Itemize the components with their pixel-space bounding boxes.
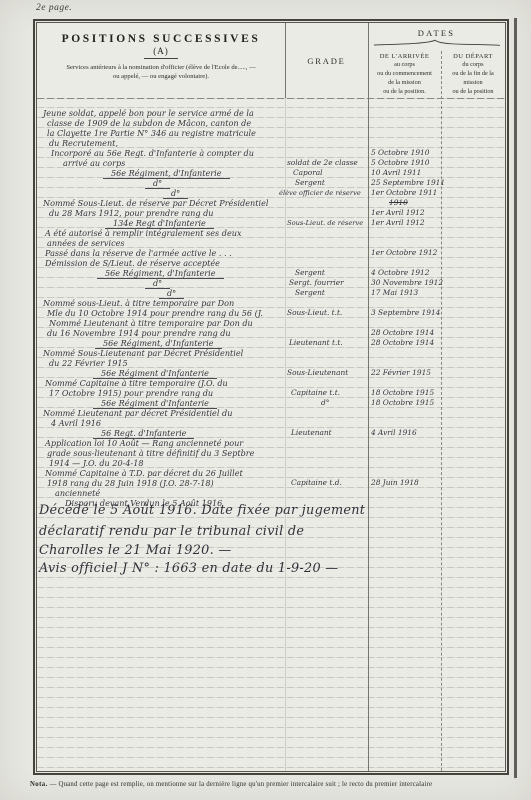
handwritten-line: 18 Octobre 1915	[371, 398, 434, 408]
service-record-table: POSITIONS SUCCESSIVES (A) Services antér…	[36, 22, 506, 772]
handwritten-line: 4 Octobre 1912	[371, 268, 429, 278]
footer-note-text: — Quand cette page est remplie, on menti…	[50, 781, 433, 788]
arrival-line: ou du commencement	[368, 70, 441, 79]
header-dates-columns: DATES DE L'ARRIVÉE au corps ou du commen…	[368, 23, 505, 98]
handwritten-line: 28 Octobre 1914	[371, 328, 434, 338]
handwritten-line: Nommé Lieutenant par décret Présidentiel…	[43, 408, 232, 418]
page-number-label: 2e page.	[36, 3, 72, 13]
handwritten-line: Lieutenant t.t.	[289, 338, 343, 348]
handwritten-line: ancienneté	[55, 488, 100, 498]
handwritten-line: Sous-Lieutenant	[287, 368, 348, 378]
footer-note-label: Nota.	[30, 781, 48, 788]
handwritten-line: Nommé Capitaine à titre temporaire (J.O.…	[45, 378, 228, 388]
arrival-title: DE L'ARRIVÉE	[368, 52, 441, 61]
handwritten-line: Nommé Sous-Lieutenant par Décret Préside…	[43, 348, 243, 358]
handwritten-line: Nommé sous-Lieut. à titre temporaire par…	[43, 298, 234, 308]
handwritten-line: 18 Octobre 1915	[371, 388, 434, 398]
handwritten-line: Nommé Sous-Lieut. de réserve par Décret …	[43, 198, 269, 208]
header-services-note: Services antérieurs à la nomination d'of…	[37, 63, 285, 81]
header-dates-title: DATES	[368, 28, 505, 38]
handwritten-line: 1er Avril 1912	[371, 208, 425, 218]
handwritten-line: 5 Octobre 1910	[371, 158, 429, 168]
handwritten-line: 28 Juin 1918	[371, 478, 419, 488]
handwritten-line: Passé dans la réserve de l'armée active …	[45, 248, 232, 258]
handwritten-line: du 22 Février 1915	[49, 358, 128, 368]
handwritten-line: 4 Avril 1916	[371, 428, 417, 438]
handwritten-line: 1er Octobre 1912	[371, 248, 437, 258]
departure-line: du corps	[441, 61, 505, 70]
handwritten-line: 10 Avril 1911	[371, 168, 421, 178]
handwritten-line: Sergt. fourrier	[289, 278, 344, 288]
dates-brace-line	[372, 39, 502, 46]
handwritten-line: Application loi 10 Août — Rang anciennet…	[45, 438, 243, 448]
header-grade-column: GRADE	[285, 23, 368, 98]
handwritten-line: 17 Octobre 1915) pour prendre rang du	[49, 388, 213, 398]
handwritten-line: 28 Octobre 1914	[371, 338, 434, 348]
handwritten-line: 30 Novembre 1912	[371, 278, 443, 288]
services-note-line2: ou appelé, — ou engagé volontaire).	[113, 73, 209, 80]
handwritten-line: 1er Avril 1912	[371, 218, 425, 228]
handwritten-line: A été autorisé à remplir intégralement s…	[45, 228, 242, 238]
handwritten-line: Capitaine t.d.	[291, 478, 342, 488]
scanned-military-record-page: 2e page. POSITIONS SUCCESSIVES (A) Servi…	[0, 0, 531, 800]
handwritten-line: la Clayette 1re Partie N° 346 au registr…	[47, 128, 256, 138]
handwritten-line: du Recrutement,	[49, 138, 118, 148]
handwritten-line: Lieutenant	[291, 428, 332, 438]
header-divider-rule	[144, 58, 178, 59]
handwritten-line: 17 Mai 1913	[371, 288, 418, 298]
handwritten-line: arrivé au corps	[63, 158, 125, 168]
handwritten-line: d°	[321, 398, 329, 408]
departure-line: ou de la position	[441, 88, 505, 97]
departure-line: mission	[441, 79, 505, 88]
handwritten-line: 4 Avril 1916	[51, 418, 101, 428]
arrival-line: au corps	[368, 61, 441, 70]
handwritten-line: déclaratif rendu par le tribunal civil d…	[39, 524, 304, 539]
handwritten-line: Décédé le 5 Août 1916. Date fixée par ju…	[39, 503, 365, 518]
handwritten-line: Charolles le 21 Mai 1920. —	[39, 543, 231, 558]
handwritten-line: Mle du 10 Octobre 1914 pour prendre rang…	[47, 308, 263, 318]
departure-title: DU DÉPART	[441, 52, 505, 61]
handwritten-line: Démission de S/Lieut. de réserve accepté…	[45, 258, 220, 268]
handwritten-line: élève officier de réserve	[279, 188, 361, 198]
handwritten-line: Incorporé au 56e Regt. d'Infanterie à co…	[51, 148, 254, 158]
handwritten-line: 5 Octobre 1910	[371, 148, 429, 158]
services-note-line1: Services antérieurs à la nomination d'of…	[66, 64, 255, 71]
arrival-line: de la mission	[368, 79, 441, 88]
header-departure-column: DU DÉPART du corps ou de la fin de la mi…	[441, 52, 505, 97]
handwritten-line: Avis officiel J N° : 1663 en date du 1-9…	[39, 561, 338, 576]
handwritten-line: du 16 Novembre 1914 pour prendre rang du	[47, 328, 231, 338]
handwritten-line: Nommé Lieutenant à titre temporaire par …	[49, 318, 253, 328]
footer-note: Nota. — Quand cette page est remplie, on…	[30, 781, 519, 788]
handwritten-line: Caporal	[293, 168, 323, 178]
handwritten-line: années de services	[47, 238, 125, 248]
handwritten-line: Sergent	[295, 178, 325, 188]
handwritten-line: classe de 1909 de la subdon de Mâcon, ca…	[47, 118, 251, 128]
handwritten-line: du 28 Mars 1912, pour prendre rang du	[49, 208, 214, 218]
handwritten-line: Nommé Capitaine à T.D. par décret du 26 …	[45, 468, 243, 478]
header-arrival-column: DE L'ARRIVÉE au corps ou du commencement…	[368, 52, 441, 97]
handwritten-line: Capitaine t.t.	[291, 388, 340, 398]
handwritten-line: 1918 rang du 28 Juin 1918 (J.O. 28-7-18)	[47, 478, 214, 488]
handwritten-line: soldat de 2e classe	[287, 158, 358, 168]
header-title: POSITIONS SUCCESSIVES	[37, 33, 285, 45]
scan-edge-artifact	[514, 18, 517, 778]
handwritten-line: Sous-Lieut. t.t.	[287, 308, 342, 318]
handwritten-line: Sous-Lieut. de réserve	[287, 218, 363, 228]
header-positions-column: POSITIONS SUCCESSIVES (A) Services antér…	[37, 23, 285, 98]
handwritten-line: 1910	[389, 198, 408, 208]
handwritten-line: 25 Septembre 1911	[371, 178, 445, 188]
handwritten-line: 22 Février 1915	[371, 368, 431, 378]
handwritten-line: 3 Septembre 1914	[371, 308, 440, 318]
handwritten-line: Sergent	[295, 268, 325, 278]
table-body: Jeune soldat, appelé bon pour le service…	[37, 98, 505, 771]
handwritten-line: Sergent	[295, 288, 325, 298]
arrival-line: ou de la position.	[368, 88, 441, 97]
handwritten-line: 1914 — J.O. du 20-4-18	[49, 458, 144, 468]
handwritten-line: grade sous-lieutenant à titre définitif …	[47, 448, 254, 458]
handwritten-line: 1er Octobre 1911	[371, 188, 437, 198]
table-header: POSITIONS SUCCESSIVES (A) Services antér…	[37, 23, 505, 99]
departure-line: ou de la fin de la	[441, 70, 505, 79]
handwritten-line: Jeune soldat, appelé bon pour le service…	[43, 108, 254, 118]
header-subtitle: (A)	[37, 46, 285, 56]
